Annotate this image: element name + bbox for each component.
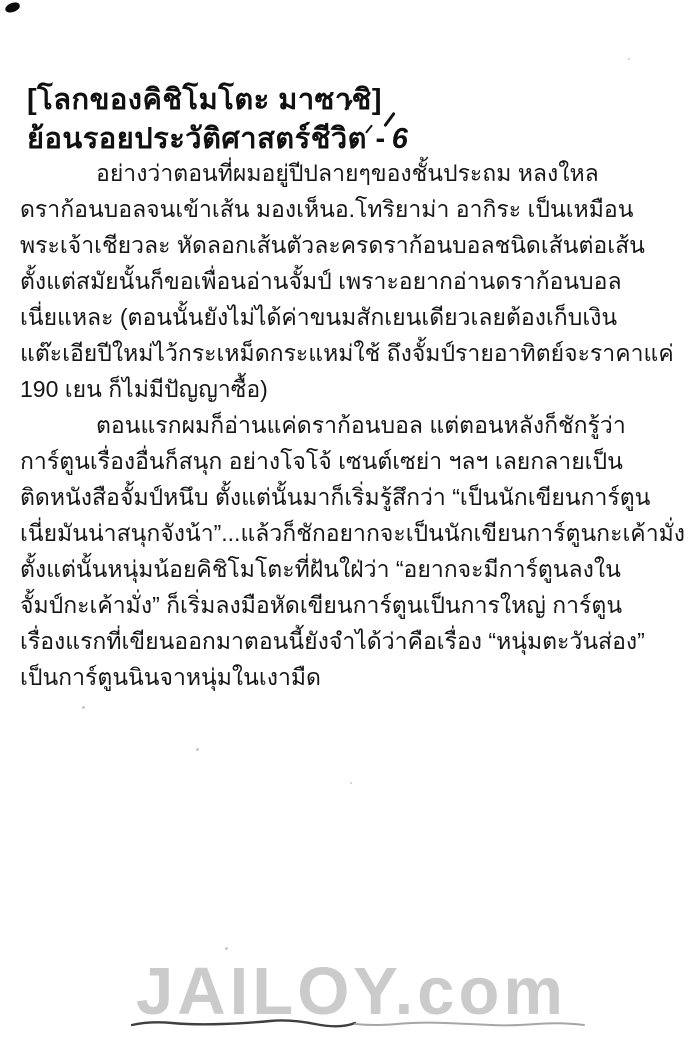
scanned-book-page: [โลกของคิชิโมโตะ มาซาชิ] ย้อนรอยประวัติศ… bbox=[0, 0, 700, 1040]
text-line: ตั้งแต่นั้นหนุ่มน้อยคิชิโมโตะที่ฝันใฝ่ว่… bbox=[20, 551, 686, 587]
text-line: การ์ตูนเรื่องอื่นก็สนุก อย่างโจโจ้ เซนต์… bbox=[20, 443, 686, 479]
text-line: อย่างว่าตอนที่ผมอยู่ปีปลายๆของชั้นประถม … bbox=[20, 155, 686, 191]
text-line: เนี่ยแหละ (ตอนนั้นยังไม่ได้ค่าขนมสักเยนเ… bbox=[20, 299, 686, 335]
text-line: ตอนแรกผมก็อ่านแค่ดราก้อนบอล แต่ตอนหลังก็… bbox=[20, 407, 686, 443]
watermark: JAILOY.com bbox=[136, 958, 567, 1025]
text-line: พระเจ้าเชียวละ หัดลอกเส้นตัวละครดราก้อนบ… bbox=[20, 227, 686, 263]
text-line: ตั้งแต่สมัยนั้นก็ขอเพื่อนอ่านจั้มป์ เพรา… bbox=[20, 263, 686, 299]
scan-speck bbox=[225, 947, 228, 950]
text-line: เป็นการ์ตูนนินจาหนุ่มในเงามืด bbox=[20, 659, 686, 695]
scan-speck bbox=[628, 58, 630, 60]
scan-blob-artifact bbox=[4, 1, 21, 14]
text-line: เนี่ยมันน่าสนุกจังน้า”...แล้วก็ชักอยากจะ… bbox=[20, 515, 686, 551]
text-line: ดราก้อนบอลจนเข้าเส้น มองเห็นอ.โทริยาม่า … bbox=[20, 191, 686, 227]
scan-speck bbox=[350, 782, 352, 784]
text-line: 190 เยน ก็ไม่มีปัญญาซื้อ) bbox=[20, 371, 686, 407]
text-line: ติดหนังสือจั้มป์หนึบ ตั้งแต่นั้นมาก็เริ่… bbox=[20, 479, 686, 515]
scan-squiggle-artifact bbox=[130, 1018, 590, 1030]
text-line: แต๊ะเอียปีใหม่ไว้กระเหม็ดกระแหม่ใช้ ถึงจ… bbox=[20, 335, 686, 371]
body-text: อย่างว่าตอนที่ผมอยู่ปีปลายๆของชั้นประถม … bbox=[20, 155, 686, 695]
chapter-title-text: ย้อนรอยประวัติศาสตร์ชีวิต - bbox=[27, 123, 386, 155]
text-line: จั้มป์กะเค้ามั่ง” ก็เริ่มลงมือหัดเขียนกา… bbox=[20, 587, 686, 623]
scan-speck bbox=[572, 172, 574, 174]
scan-speck bbox=[82, 706, 85, 709]
chapter-number: 6 bbox=[386, 123, 409, 155]
text-line: เรื่องแรกที่เขียนออกมาตอนนี้ยังจำได้ว่าค… bbox=[20, 623, 686, 659]
scan-speck bbox=[196, 748, 199, 751]
